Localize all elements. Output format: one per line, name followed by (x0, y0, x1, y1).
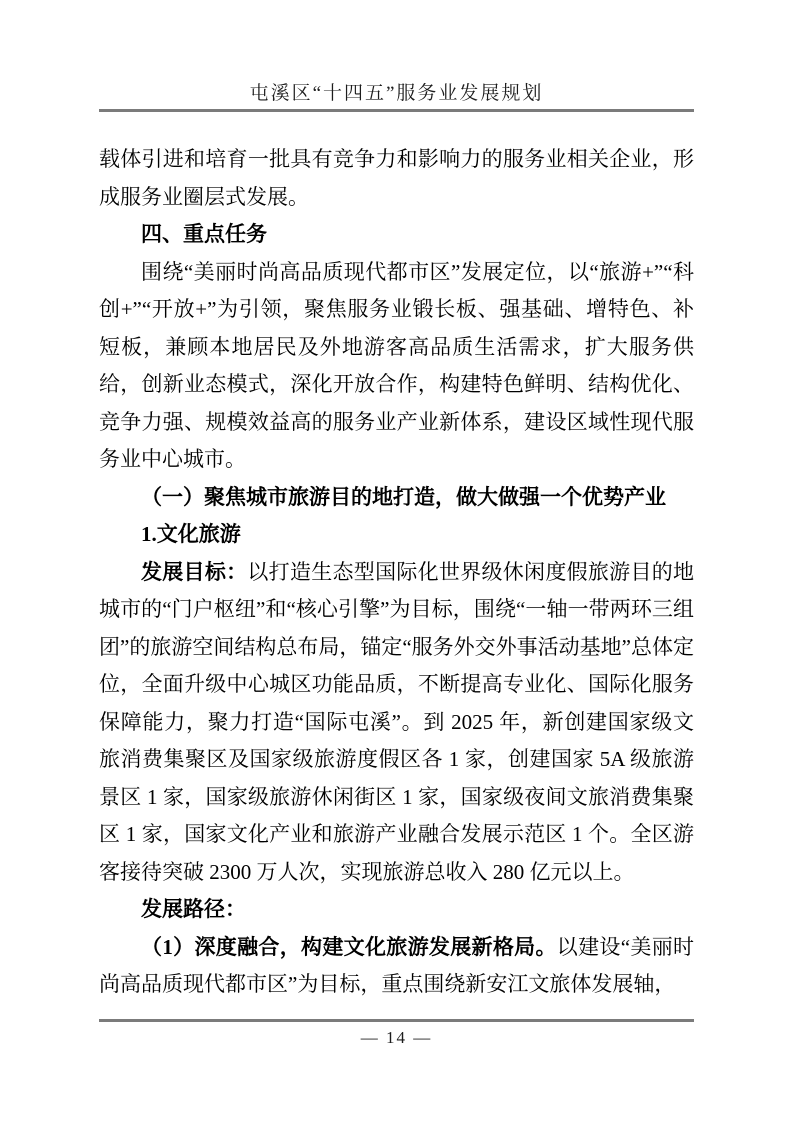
heading-development-path: 发展路径： (99, 891, 694, 929)
paragraph-overview: 围绕“美丽时尚高品质现代都市区”发展定位，以“旅游+”“科创+”“开放+”为引领… (99, 254, 694, 479)
document-body: 载体引进和培育一批具有竞争力和影响力的服务业相关企业，形成服务业圈层式发展。 四… (99, 141, 694, 1004)
paragraph-continued: 载体引进和培育一批具有竞争力和影响力的服务业相关企业，形成服务业圈层式发展。 (99, 141, 694, 216)
page-header: 屯溪区“十四五”服务业发展规划 (99, 82, 694, 112)
header-rule (99, 109, 694, 112)
page-number: — 14 — (99, 1028, 694, 1048)
document-page: 屯溪区“十四五”服务业发展规划 载体引进和培育一批具有竞争力和影响力的服务业相关… (0, 0, 793, 1122)
page-footer: — 14 — (99, 1019, 694, 1048)
footer-rule (99, 1019, 694, 1022)
header-title: 屯溪区“十四五”服务业发展规划 (99, 82, 694, 106)
paragraph-development-goals: 发展目标：以打造生态型国际化世界级休闲度假旅游目的地城市的“门户枢纽”和“核心引… (99, 554, 694, 892)
paragraph-path-1: （1）深度融合，构建文化旅游发展新格局。以建设“美丽时尚高品质现代都市区”为目标… (99, 929, 694, 1004)
development-goals-label: 发展目标： (141, 560, 247, 584)
heading-key-tasks: 四、重点任务 (99, 216, 694, 254)
heading-city-tourism-section: （一）聚焦城市旅游目的地打造，做大做强一个优势产业 (99, 479, 694, 517)
path-1-lead: （1）深度融合，构建文化旅游发展新格局。 (141, 935, 557, 959)
development-goals-text: 以打造生态型国际化世界级休闲度假旅游目的地城市的“门户枢纽”和“核心引擎”为目标… (99, 560, 694, 884)
heading-culture-tourism: 1.文化旅游 (99, 516, 694, 554)
